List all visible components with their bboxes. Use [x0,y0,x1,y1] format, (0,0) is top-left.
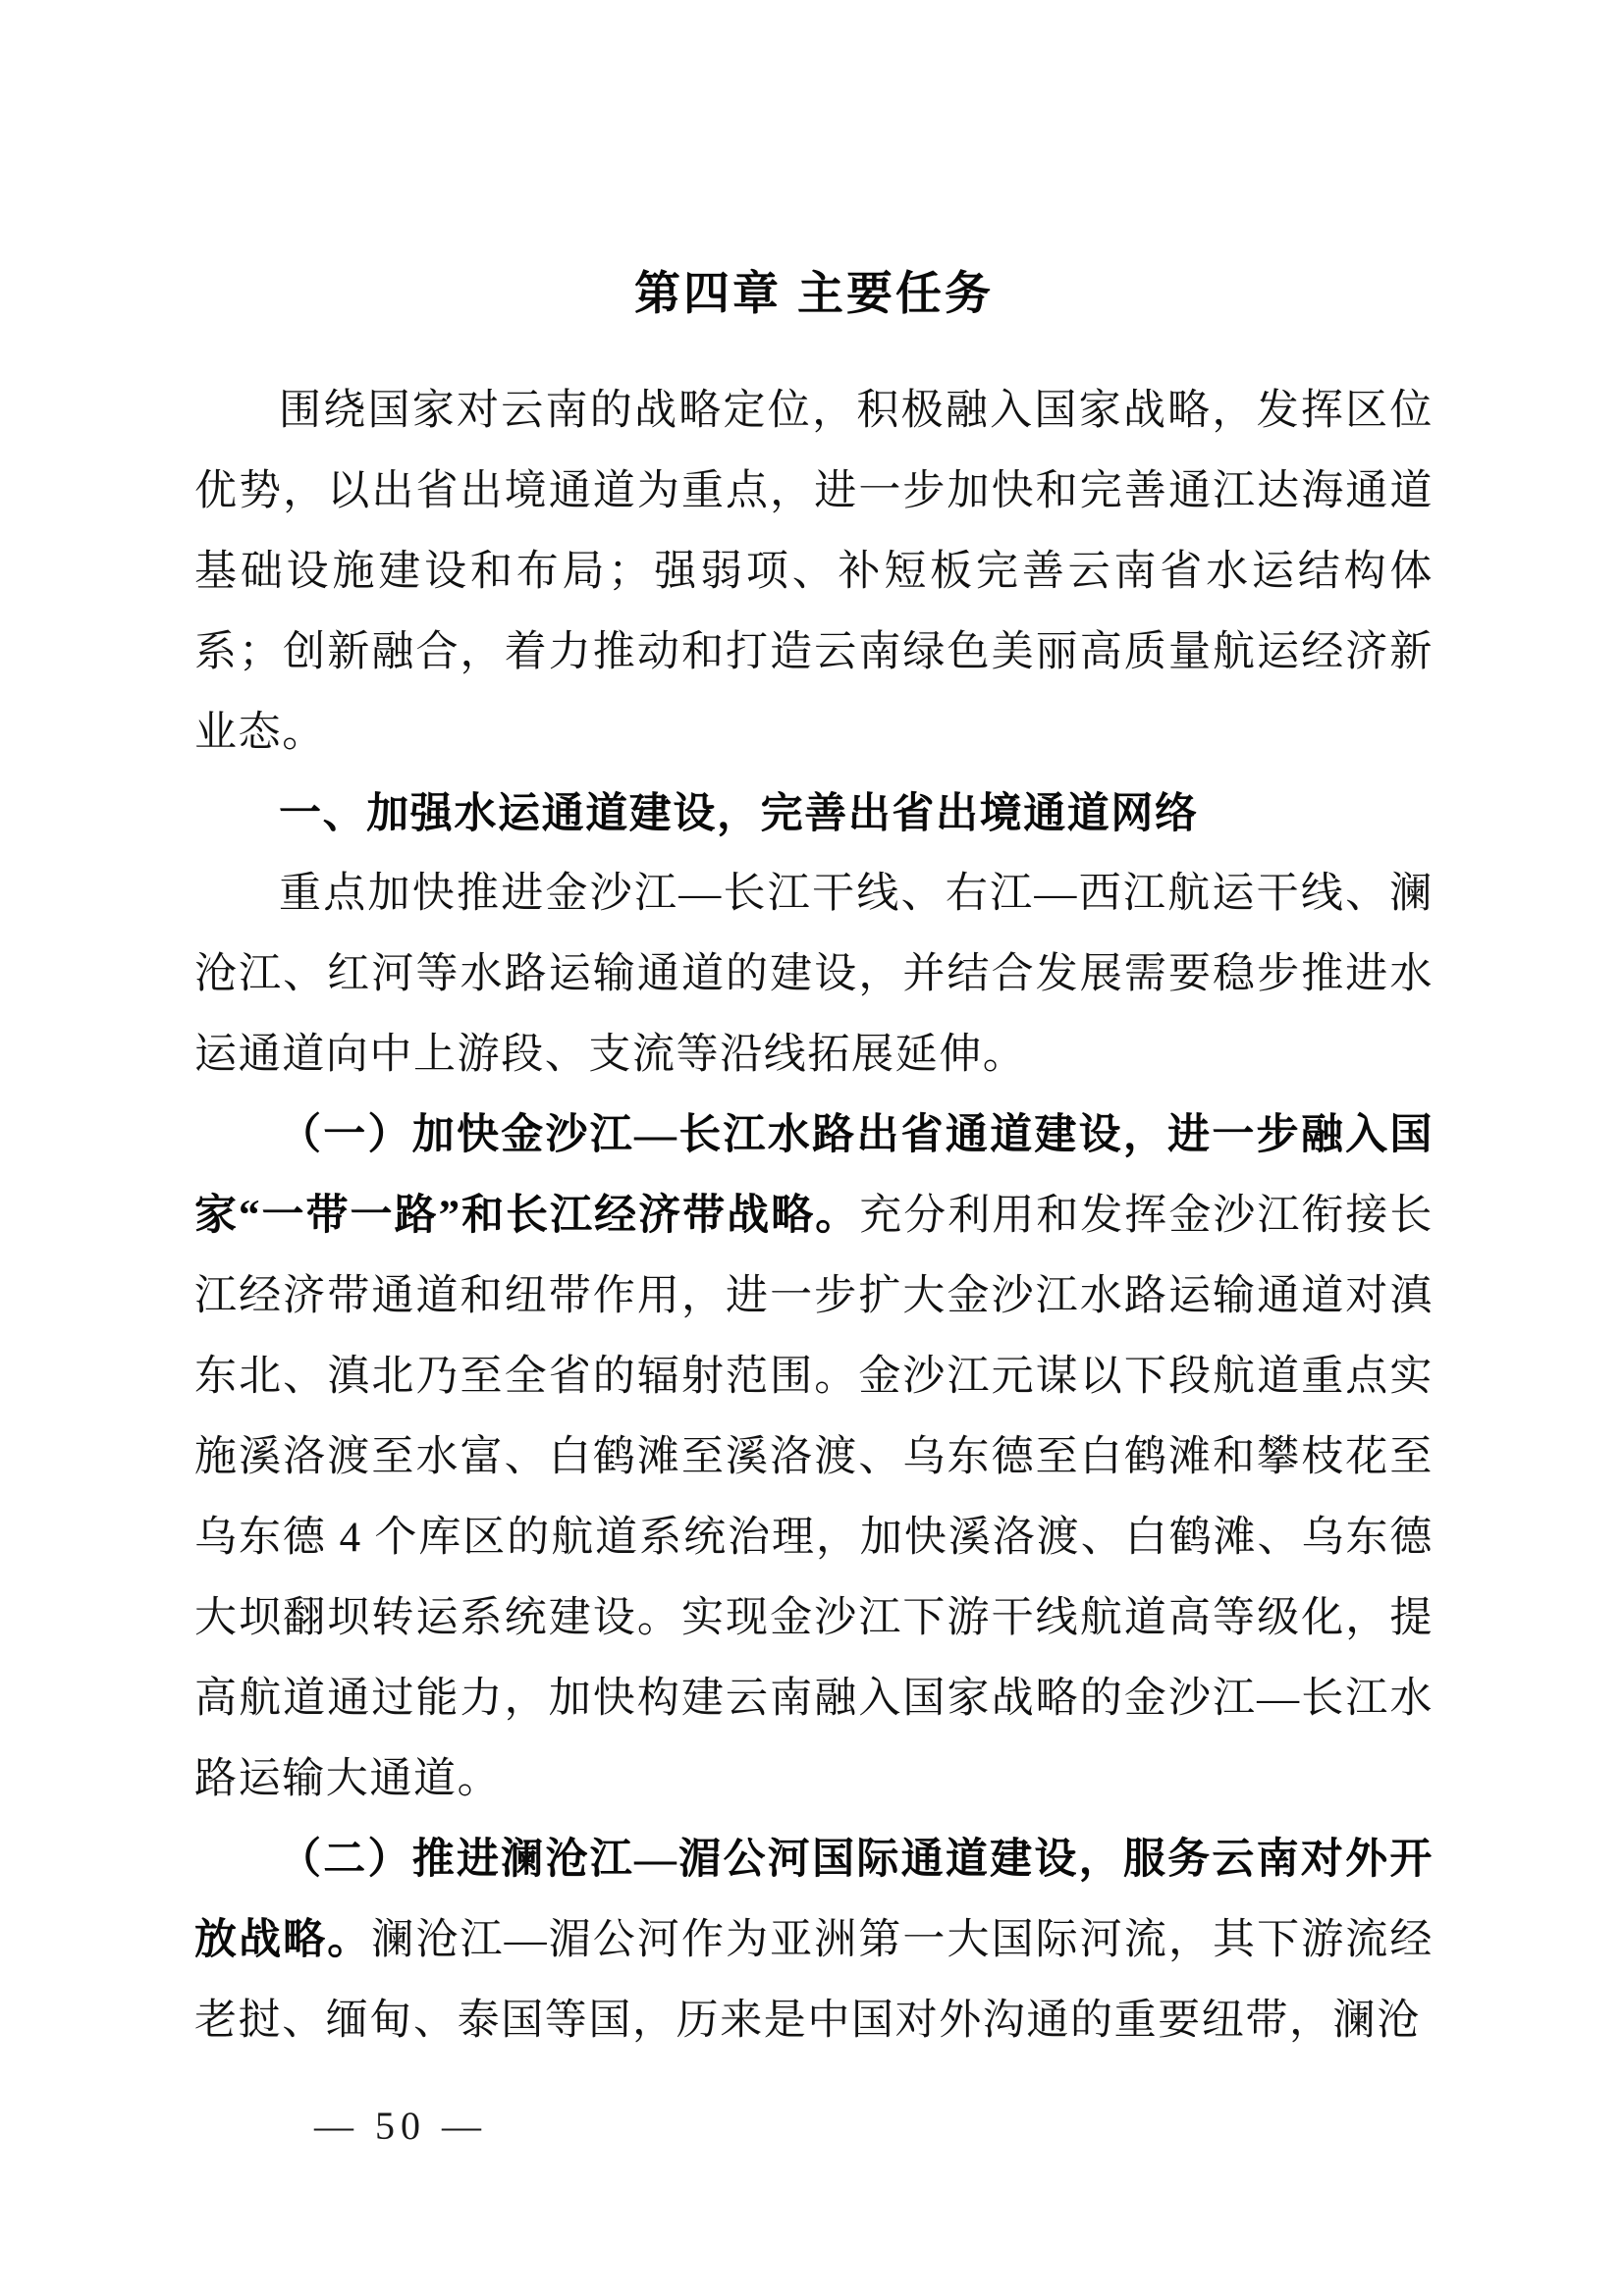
item-2-body: 澜沧江—湄公河作为亚洲第一大国际河流，其下游流经老挝、缅甸、泰国等国，历来是中国… [194,1917,1434,2044]
page-number: — 50 — [314,2103,487,2149]
intro-paragraph: 围绕国家对云南的战略定位，积极融入国家战略，发挥区位优势，以出省出境通道为重点，… [194,371,1434,774]
item-2-paragraph: （二）推进澜沧江—湄公河国际通道建设，服务云南对外开放战略。澜沧江—湄公河作为亚… [194,1820,1434,2061]
chapter-title: 第四章 主要任务 [194,265,1434,322]
document-page: 第四章 主要任务 围绕国家对云南的战略定位，积极融入国家战略，发挥区位优势，以出… [0,0,1624,2296]
section-1-heading: 一、加强水运通道建设，完善出省出境通道网络 [194,774,1434,854]
page-content: 第四章 主要任务 围绕国家对云南的战略定位，积极融入国家战略，发挥区位优势，以出… [194,265,1434,2061]
section-1-intro-paragraph: 重点加快推进金沙江—长江干线、右江—西江航运干线、澜沧江、红河等水路运输通道的建… [194,854,1434,1095]
item-1-paragraph: （一）加快金沙江—长江水路出省通道建设，进一步融入国家“一带一路”和长江经济带战… [194,1095,1434,1820]
item-1-body: 充分利用和发挥金沙江衔接长江经济带通道和纽带作用，进一步扩大金沙江水路运输通道对… [194,1193,1434,1802]
